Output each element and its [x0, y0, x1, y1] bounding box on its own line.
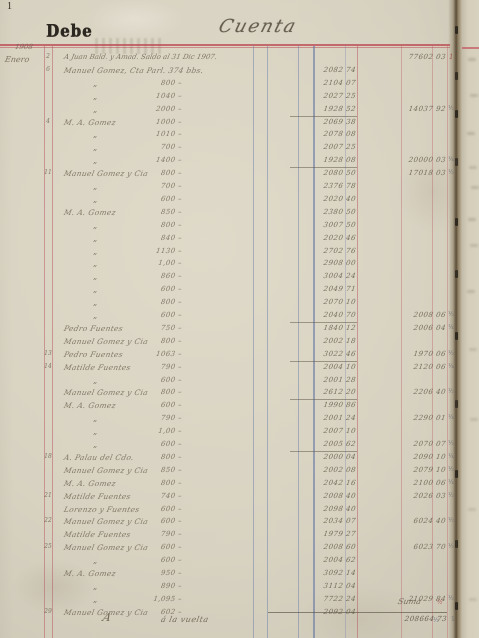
entry-quantity: 2000 –	[119, 105, 182, 113]
entry-quantity: 950 –	[119, 569, 182, 577]
ledger-row: M. A. Gomez600 –1990 86	[0, 401, 450, 413]
binding-stitches	[455, 26, 458, 34]
entry-ditto-mark: „	[93, 143, 97, 152]
entry-amount-primary: 2069 38	[299, 118, 356, 126]
ledger-row: 21Matilde Fuentes740 –2008 402026 03½	[0, 492, 450, 504]
ledger-page-scan: 1 Debe Cuenta 1908 Enero 2A Juan Bald. y…	[0, 0, 479, 638]
entry-quantity: 600 –	[119, 376, 182, 384]
total-rule	[268, 612, 447, 613]
ledger-row: „860 –3004 24	[0, 272, 450, 284]
ledger-row: 6Manuel Gomez, Cta Parl. 374 bbs.2082 74	[0, 66, 450, 78]
entry-ditto-mark: „	[93, 156, 97, 165]
entry-ditto-mark: „	[93, 92, 97, 101]
entry-ditto-mark: „	[93, 195, 97, 204]
entry-ditto-mark: „	[93, 427, 97, 436]
subtotal-underline	[290, 451, 357, 452]
entry-amount-secondary: 2120 06	[393, 363, 446, 371]
ledger-row: 13Pedro Fuentes1063 –3022 461970 06½	[0, 350, 450, 362]
entry-quantity: 700 –	[119, 182, 182, 190]
entry-ditto-mark: „	[93, 595, 97, 604]
entry-quantity: 800 –	[119, 479, 182, 487]
entry-quantity: 800 –	[119, 298, 182, 306]
ledger-row: Manuel Gomez y Cia800 –2612 202206 40½	[0, 388, 450, 400]
ledger-row: M. A. Gomez800 –2042 162100 06¼	[0, 479, 450, 491]
top-rule-secondary	[0, 47, 450, 48]
entry-ditto-mark: „	[93, 414, 97, 423]
ledger-row: Pedro Fuentes750 –1840 122006 04¼	[0, 324, 450, 336]
entry-ditto-mark: „	[93, 130, 97, 139]
entry-ditto-mark: „	[93, 105, 97, 114]
ledger-row: 22Manuel Gomez y Cia600 –2034 076024 40½	[0, 517, 450, 529]
entry-amount-primary: 1990 86	[299, 401, 356, 409]
ledger-row: M. A. Gomez850 –2380 50	[0, 208, 450, 220]
entry-quantity: 1,095 –	[119, 595, 182, 603]
entry-quantity: 800 –	[119, 79, 182, 87]
entry-amount-primary: 3022 46	[299, 350, 356, 358]
entry-quantity: 1040 –	[119, 92, 182, 100]
entry-quantity: 800 –	[119, 453, 182, 461]
entry-ditto-mark: „	[93, 311, 97, 320]
entry-ditto-mark: „	[93, 221, 97, 230]
entry-amount-secondary: 2008 06	[393, 311, 446, 319]
entry-quantity: 600 –	[119, 440, 182, 448]
ledger-row: „600 –2049 71	[0, 285, 450, 297]
entry-amount-secondary: 17018 03	[393, 169, 446, 177]
next-page-sliver	[462, 0, 479, 638]
entry-ditto-mark: „	[93, 582, 97, 591]
entry-quantity: 740 –	[119, 492, 182, 500]
ledger-row: „600 –2005 622070 07½	[0, 440, 450, 452]
entry-day: 25	[43, 543, 53, 550]
entry-quantity: 1010 –	[119, 130, 182, 138]
entry-amount-primary: 2034 07	[299, 517, 356, 525]
ledger-row: „600 –2020 40	[0, 195, 450, 207]
ledger-row: „1040 –2027 25	[0, 92, 450, 104]
ledger-row: „1400 –1928 0820000 03¼	[0, 156, 450, 168]
entry-quantity: 800 –	[119, 221, 182, 229]
entry-amount-secondary: 1970 06	[393, 350, 446, 358]
ledger-row: 2A Juan Bald. y Amad. Saldo al 31 Dic 19…	[0, 53, 450, 65]
ledger-row: „1130 –2702 76	[0, 247, 450, 259]
entry-quantity: 1,00 –	[119, 259, 182, 267]
entry-quantity: 800 –	[119, 169, 182, 177]
entry-amount-primary: 2007 25	[299, 143, 356, 151]
subtotal-underline	[290, 116, 357, 117]
entry-amount-primary: 2078 08	[299, 130, 356, 138]
entry-ditto-mark: „	[93, 298, 97, 307]
entry-ditto-mark: „	[93, 79, 97, 88]
entry-quantity: 800 –	[119, 388, 182, 396]
entry-quantity: 1063 –	[119, 350, 182, 358]
entry-amount-primary: 2005 62	[299, 440, 356, 448]
entry-quantity: 790 –	[119, 363, 182, 371]
account-title: Cuenta	[190, 16, 326, 37]
ledger-row: „1,00 –2908 00	[0, 259, 450, 271]
entry-quantity: 750 –	[119, 324, 182, 332]
entry-quantity: 840 –	[119, 234, 182, 242]
ledger-row: 29Manuel Gomez y Cia602 –2092 04	[0, 608, 450, 620]
entry-amount-primary: 2049 71	[299, 285, 356, 293]
entry-amount-secondary: 2206 40	[393, 388, 446, 396]
entry-quantity: 600 –	[119, 311, 182, 319]
entry-amount-primary: 2020 46	[299, 234, 356, 242]
total-script-mark: ½	[437, 599, 443, 606]
entry-quantity: 600 –	[119, 543, 182, 551]
entry-amount-primary: 2104 07	[299, 79, 356, 87]
entry-description: A Juan Bald. y Amad. Saldo al 31 Dic 190…	[63, 53, 295, 61]
entry-amount-primary: 1840 12	[299, 324, 356, 332]
entry-quantity: 1130 –	[119, 247, 182, 255]
entry-amount-primary: 2000 04	[299, 453, 356, 461]
entry-quantity: 1,00 –	[119, 427, 182, 435]
total-script: Suma	[397, 597, 422, 606]
entry-quantity: 790 –	[119, 414, 182, 422]
entry-amount-secondary: 2100 06	[393, 479, 446, 487]
entry-day: 14	[43, 363, 53, 370]
subtotal-underline	[290, 361, 357, 362]
entry-amount-secondary: 14037 92	[393, 105, 446, 113]
entry-ditto-mark: „	[93, 272, 97, 281]
ledger-row: „890 –3112 04	[0, 582, 450, 594]
entry-amount-primary: 2908 00	[299, 259, 356, 267]
entry-quantity: 600 –	[119, 285, 182, 293]
entry-amount-primary: 2702 76	[299, 247, 356, 255]
entry-ditto-mark: „	[93, 556, 97, 565]
entry-quantity: 600 –	[119, 195, 182, 203]
entry-amount-primary: 2020 40	[299, 195, 356, 203]
entry-amount-primary: 3112 04	[299, 582, 356, 590]
entry-ditto-mark: „	[93, 259, 97, 268]
entry-amount-primary: 2001 28	[299, 376, 356, 384]
ledger-row: „600 –2001 28	[0, 376, 450, 388]
debit-header: Debe	[46, 21, 93, 41]
entry-amount-primary: 3092 14	[299, 569, 356, 577]
entry-amount-secondary: 77602 03	[393, 53, 446, 61]
entry-ditto-mark: „	[93, 376, 97, 385]
ledger-row: „600 –2040 702008 06½	[0, 311, 450, 323]
page-number: 1	[7, 1, 12, 12]
entry-ditto-mark: „	[93, 440, 97, 449]
entry-amount-primary: 3004 24	[299, 272, 356, 280]
year-label: 1908	[14, 43, 33, 51]
entry-amount-primary: 2027 25	[299, 92, 356, 100]
book-binding-crease	[448, 0, 462, 638]
entry-quantity: 890 –	[119, 582, 182, 590]
ledger-row: „1,00 –2007 10	[0, 427, 450, 439]
ledger-row: „2000 –1928 5214037 92½	[0, 105, 450, 117]
ledger-left-page: 1 Debe Cuenta 1908 Enero 2A Juan Bald. y…	[0, 0, 450, 638]
entry-quantity: 850 –	[119, 466, 182, 474]
entry-quantity: 600 –	[119, 401, 182, 409]
entry-ditto-mark: „	[93, 285, 97, 294]
ledger-row: „700 –2007 25	[0, 143, 450, 155]
entry-amount-secondary: 6023 70	[393, 543, 446, 551]
entry-amount-primary: 2007 10	[299, 427, 356, 435]
entry-ditto-mark: „	[93, 182, 97, 191]
ledger-row: „700 –2376 78	[0, 182, 450, 194]
entry-quantity: 600 –	[119, 556, 182, 564]
ledger-row: Manuel Gomez y Cia800 –2002 18	[0, 337, 450, 349]
entry-day: 6	[43, 66, 53, 73]
ledger-row: Manuel Gomez y Cia850 –2002 082079 10½	[0, 466, 450, 478]
entry-day: 4	[43, 118, 53, 125]
ledger-row: M. A. Gomez950 –3092 14	[0, 569, 450, 581]
ledger-row: „1010 –2078 08	[0, 130, 450, 142]
entry-amount-secondary: 20000 03	[393, 156, 446, 164]
entry-quantity: 860 –	[119, 272, 182, 280]
entry-amount-primary: 2098 40	[299, 505, 356, 513]
entry-amount-secondary: 6024 40	[393, 517, 446, 525]
ledger-row: „800 –2070 10	[0, 298, 450, 310]
entry-amount-secondary: 2070 07	[393, 440, 446, 448]
ledger-row: Lorenzo y Fuentes600 –2098 40	[0, 505, 450, 517]
entry-amount-secondary: 2290 01	[393, 414, 446, 422]
entry-amount-primary: 1979 27	[299, 530, 356, 538]
ledger-row: 11Manuel Gomez y Cia800 –2080 5017018 03…	[0, 169, 450, 181]
grand-total-fraction: ½	[433, 617, 439, 624]
ledger-row: 18A. Palau del Cdo.800 –2000 042090 10¼	[0, 453, 450, 465]
entry-day: 11	[43, 169, 53, 176]
entry-amount-secondary: 2006 04	[393, 324, 446, 332]
entry-day: 2	[43, 53, 53, 60]
ledger-row: 14Matilde Fuentes790 –2004 102120 06¼	[0, 363, 450, 375]
entry-amount-primary: 2008 40	[299, 492, 356, 500]
ledger-row: „800 –3007 50	[0, 221, 450, 233]
entry-ditto-mark: „	[93, 247, 97, 256]
entry-amount-primary: 2380 50	[299, 208, 356, 216]
entry-quantity: 600 –	[119, 505, 182, 513]
entry-amount-primary: 2082 74	[299, 66, 356, 74]
entry-quantity: 1000 –	[119, 118, 182, 126]
entry-quantity: 800 –	[119, 337, 182, 345]
carry-forward-note: á la vuelta	[160, 615, 210, 624]
ink-bleed-smudge	[95, 38, 165, 54]
entry-amount-primary: 1928 08	[299, 156, 356, 164]
entry-amount-primary: 2080 50	[299, 169, 356, 177]
entry-amount-primary: 3007 50	[299, 221, 356, 229]
entry-day: 22	[43, 517, 53, 524]
ledger-row: „800 –2104 07	[0, 79, 450, 91]
entry-amount-primary: 2002 08	[299, 466, 356, 474]
entry-amount-primary: 2004 10	[299, 363, 356, 371]
entry-amount-primary: 2008 60	[299, 543, 356, 551]
next-page-ink-smudges	[468, 58, 476, 61]
entry-quantity: 1400 –	[119, 156, 182, 164]
entry-amount-secondary: 2090 10	[393, 453, 446, 461]
subtotal-underline	[290, 322, 357, 323]
ledger-row: 4M. A. Gomez1000 –2069 38	[0, 118, 450, 130]
ledger-row: Matilde Fuentes790 –1979 27	[0, 530, 450, 542]
next-page-top-rule	[462, 47, 479, 49]
entry-quantity: 600 –	[119, 517, 182, 525]
entry-amount-primary: 2612 20	[299, 388, 356, 396]
entry-amount-primary: 2004 62	[299, 556, 356, 564]
entry-amount-primary: 2376 78	[299, 182, 356, 190]
entry-amount-secondary: 2026 03	[393, 492, 446, 500]
entry-quantity: 850 –	[119, 208, 182, 216]
ledger-row: „790 –2001 242290 01¼	[0, 414, 450, 426]
entry-amount-primary: 2042 16	[299, 479, 356, 487]
entry-day: 21	[43, 492, 53, 499]
ledger-row: „840 –2020 46	[0, 234, 450, 246]
entry-amount-primary: 2001 24	[299, 414, 356, 422]
entry-day: 29	[43, 608, 53, 615]
entry-amount-secondary: 2079 10	[393, 466, 446, 474]
entry-amount-primary: 2040 70	[299, 311, 356, 319]
entry-ditto-mark: „	[93, 234, 97, 243]
top-rule-primary	[0, 44, 450, 46]
entry-amount-primary: 2002 18	[299, 337, 356, 345]
entry-amount-primary: 7722 24	[299, 595, 356, 603]
entry-amount-primary: 1928 52	[299, 105, 356, 113]
entry-quantity: 790 –	[119, 530, 182, 538]
entry-day: 18	[43, 453, 53, 460]
entry-quantity: 700 –	[119, 143, 182, 151]
entry-amount-primary: 2070 10	[299, 298, 356, 306]
ledger-row: „1,095 –7722 2421029 84½	[0, 595, 450, 607]
entry-day: 13	[43, 350, 53, 357]
entry-description: Manuel Gomez, Cta Parl. 374 bbs.	[63, 66, 215, 75]
ledger-row: „600 –2004 62	[0, 556, 450, 568]
ledger-row: 25Manuel Gomez y Cia600 –2008 606023 70½	[0, 543, 450, 555]
